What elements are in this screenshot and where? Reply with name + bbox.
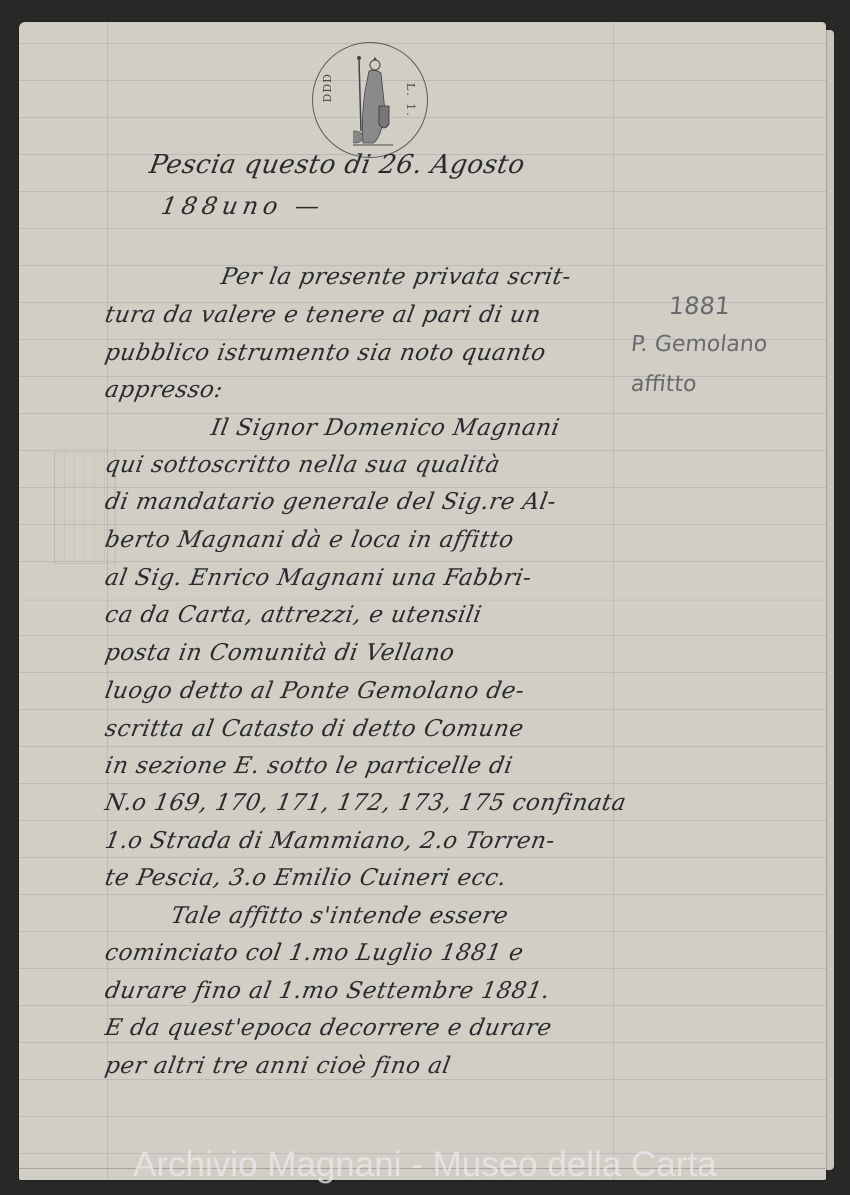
body-line: Il Signor Domenico Magnani — [209, 415, 562, 441]
margin-note-year: 1881 — [668, 292, 732, 320]
stamp-left-text: DDD — [321, 73, 334, 102]
year-line: 188uno — — [159, 192, 327, 220]
left-margin-rule — [107, 22, 108, 1180]
stamp-right-text: L. 1. — [404, 83, 417, 118]
body-line: appresso: — [103, 377, 225, 403]
body-line: tura da valere e tenere al pari di un — [103, 302, 543, 328]
body-line: luogo detto al Ponte Gemolano de- — [103, 678, 527, 704]
body-line: per altri tre anni cioè fino al — [103, 1053, 453, 1079]
margin-note-subject: affitto — [630, 372, 698, 397]
body-line: in sezione E. sotto le particelle di — [103, 753, 515, 779]
body-line: posta in Comunità di Vellano — [103, 640, 457, 666]
body-line: Per la presente privata scrit- — [219, 264, 573, 290]
body-line: N.o 169, 170, 171, 172, 173, 175 confina… — [103, 790, 628, 816]
ruled-lines — [19, 22, 826, 1180]
body-line: E da quest'epoca decorrere e durare — [103, 1015, 554, 1041]
body-line: berto Magnani dà e loca in affitto — [103, 527, 516, 553]
body-line: pubblico istrumento sia noto quanto — [103, 340, 548, 366]
body-line: di mandatario generale del Sig.re Al- — [103, 489, 558, 515]
allegorical-figure-icon — [353, 51, 393, 151]
body-line: al Sig. Enrico Magnani una Fabbri- — [103, 565, 534, 591]
body-line: ca da Carta, attrezzi, e utensili — [103, 602, 484, 628]
body-line: qui sottoscritto nella sua qualità — [103, 452, 502, 478]
place-date-line: Pescia questo di 26. Agosto — [147, 150, 527, 180]
document-page: DDD L. 1. Pescia questo di 26. Agosto 18… — [19, 22, 826, 1180]
right-margin-rule — [613, 22, 614, 1180]
archive-watermark: Archivio Magnani - Museo della Carta — [133, 1145, 717, 1185]
paper-fold — [19, 598, 826, 601]
scan-viewer: DDD L. 1. Pescia questo di 26. Agosto 18… — [0, 0, 850, 1195]
body-line: te Pescia, 3.o Emilio Cuineri ecc. — [103, 865, 509, 891]
revenue-stamp: DDD L. 1. — [312, 42, 428, 158]
body-line: Tale affitto s'intende essere — [169, 903, 510, 929]
body-line: durare fino al 1.mo Settembre 1881. — [103, 978, 552, 1004]
body-line: 1.o Strada di Mammiano, 2.o Torren- — [103, 828, 557, 854]
margin-note-place: P. Gemolano — [630, 332, 769, 357]
body-line: scritta al Catasto di detto Comune — [103, 716, 526, 742]
body-line: cominciato col 1.mo Luglio 1881 e — [103, 940, 526, 966]
